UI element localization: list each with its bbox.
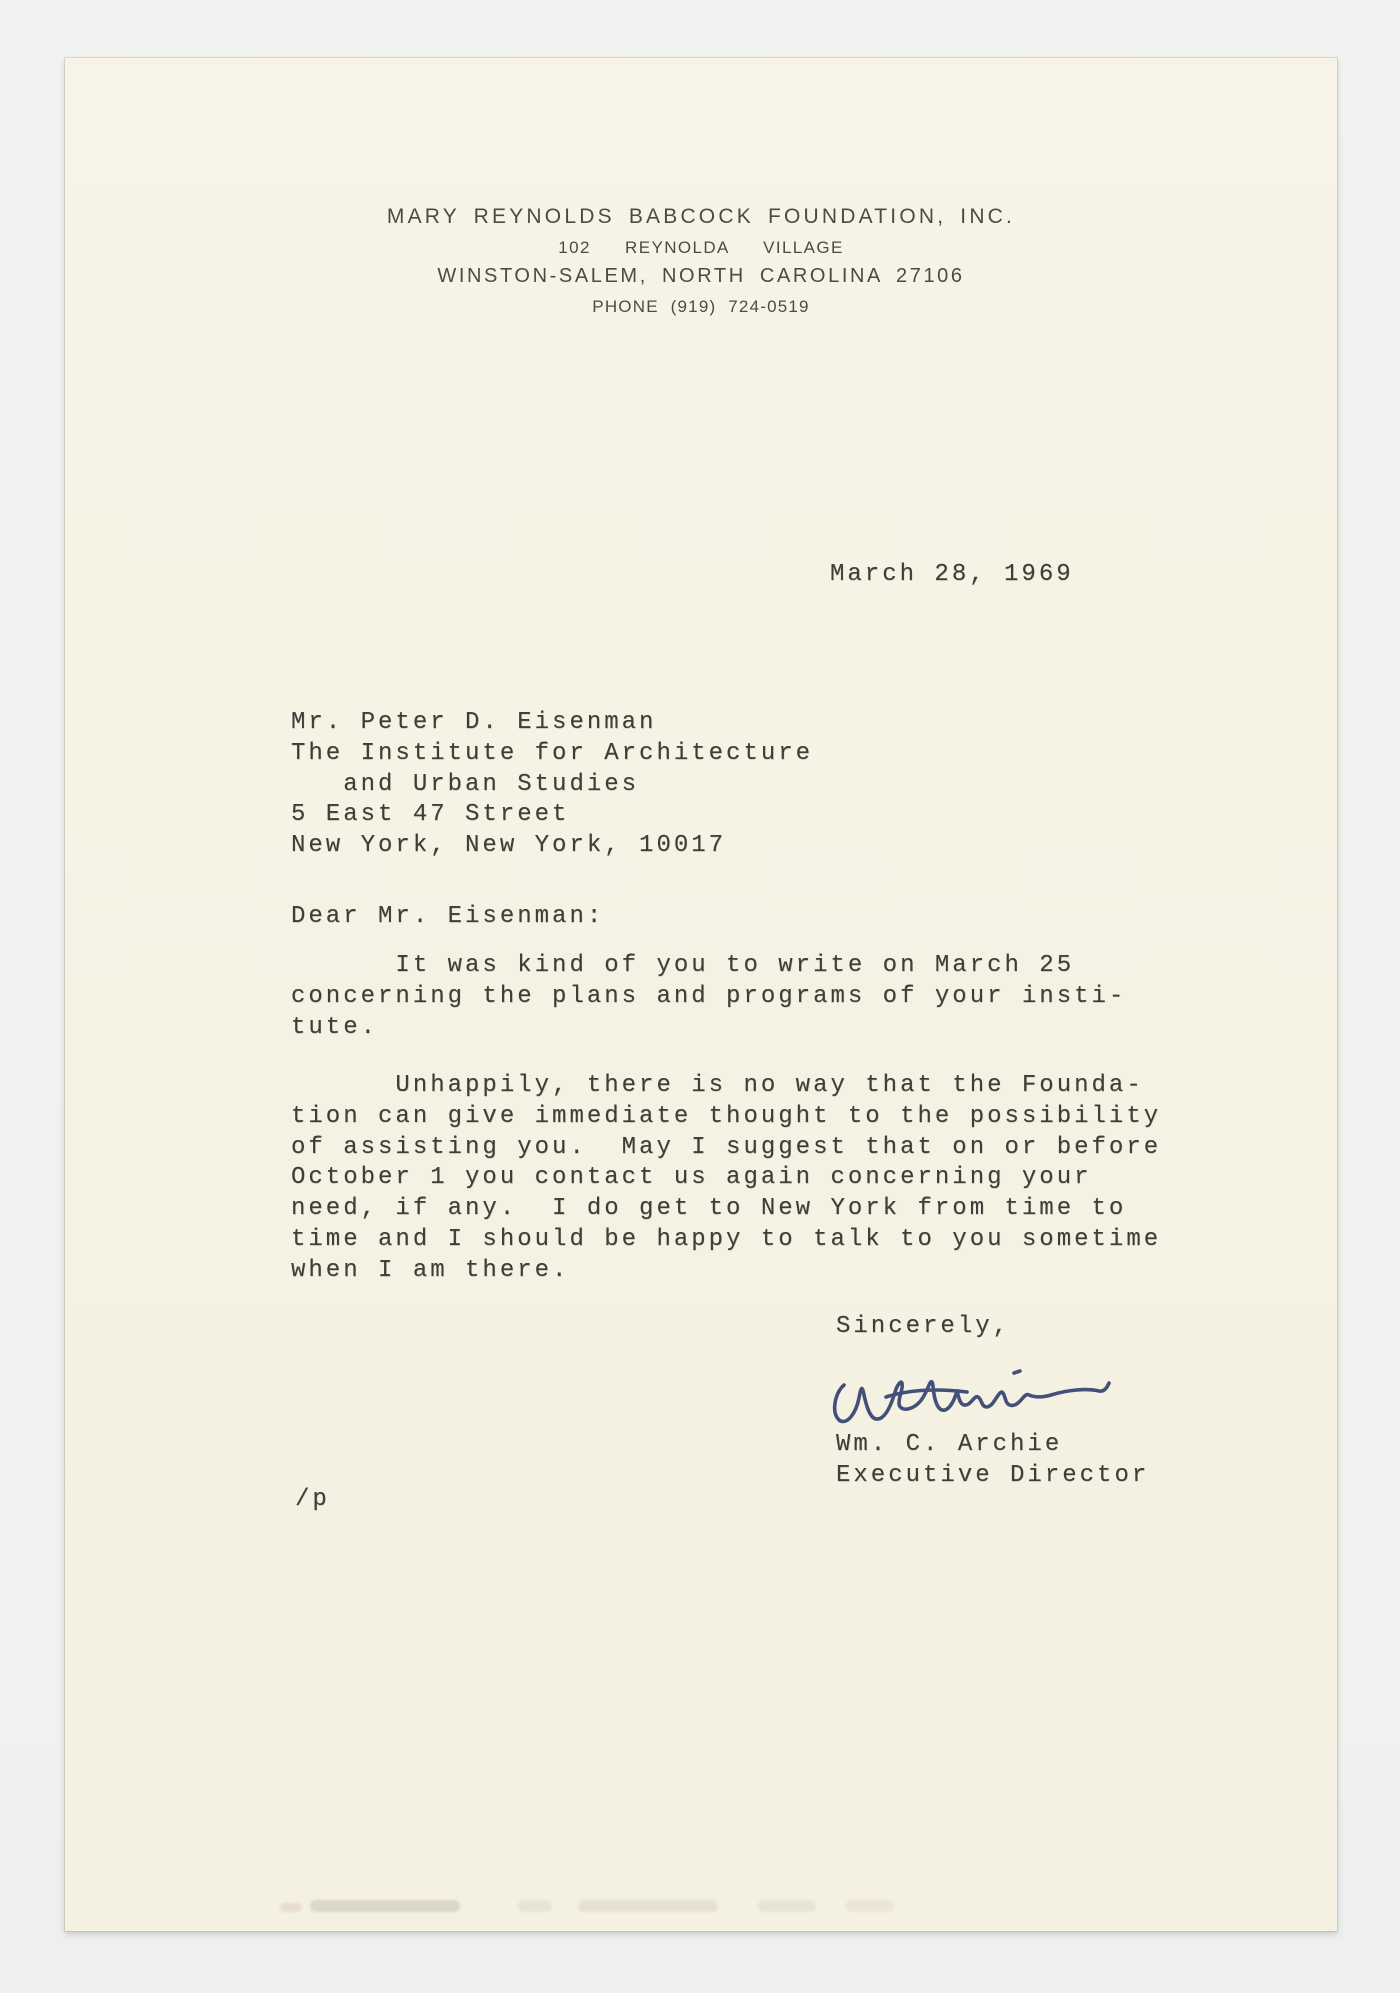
signer-name: Wm. C. Archie [836, 1431, 1062, 1458]
salutation: Dear Mr. Eisenman: [291, 902, 604, 933]
letterhead-organization: MARY REYNOLDS BABCOCK FOUNDATION, INC. [65, 206, 1337, 227]
closing: Sincerely, [836, 1312, 1010, 1343]
letter-paper: MARY REYNOLDS BABCOCK FOUNDATION, INC. 1… [65, 58, 1337, 1931]
signature-block: Wm. C. Archie Executive Director [836, 1430, 1149, 1492]
bleed-through-marks [280, 1894, 900, 1918]
letterhead-phone: PHONE (919) 724-0519 [65, 298, 1337, 315]
scanned-letter-page: MARY REYNOLDS BABCOCK FOUNDATION, INC. 1… [0, 0, 1400, 1993]
letterhead-address: 102 REYNOLDA VILLAGE [65, 239, 1337, 256]
body-paragraph-2: Unhappily, there is no way that the Foun… [291, 1071, 1161, 1287]
recipient-address-block: Mr. Peter D. Eisenman The Institute for … [291, 708, 813, 862]
typist-initials: /p [295, 1485, 330, 1516]
body-paragraph-1: It was kind of you to write on March 25 … [291, 951, 1126, 1043]
letter-date: March 28, 1969 [830, 560, 1074, 591]
letterhead-city-state-zip: WINSTON-SALEM, NORTH CAROLINA 27106 [65, 266, 1337, 286]
signer-title: Executive Director [836, 1462, 1149, 1489]
